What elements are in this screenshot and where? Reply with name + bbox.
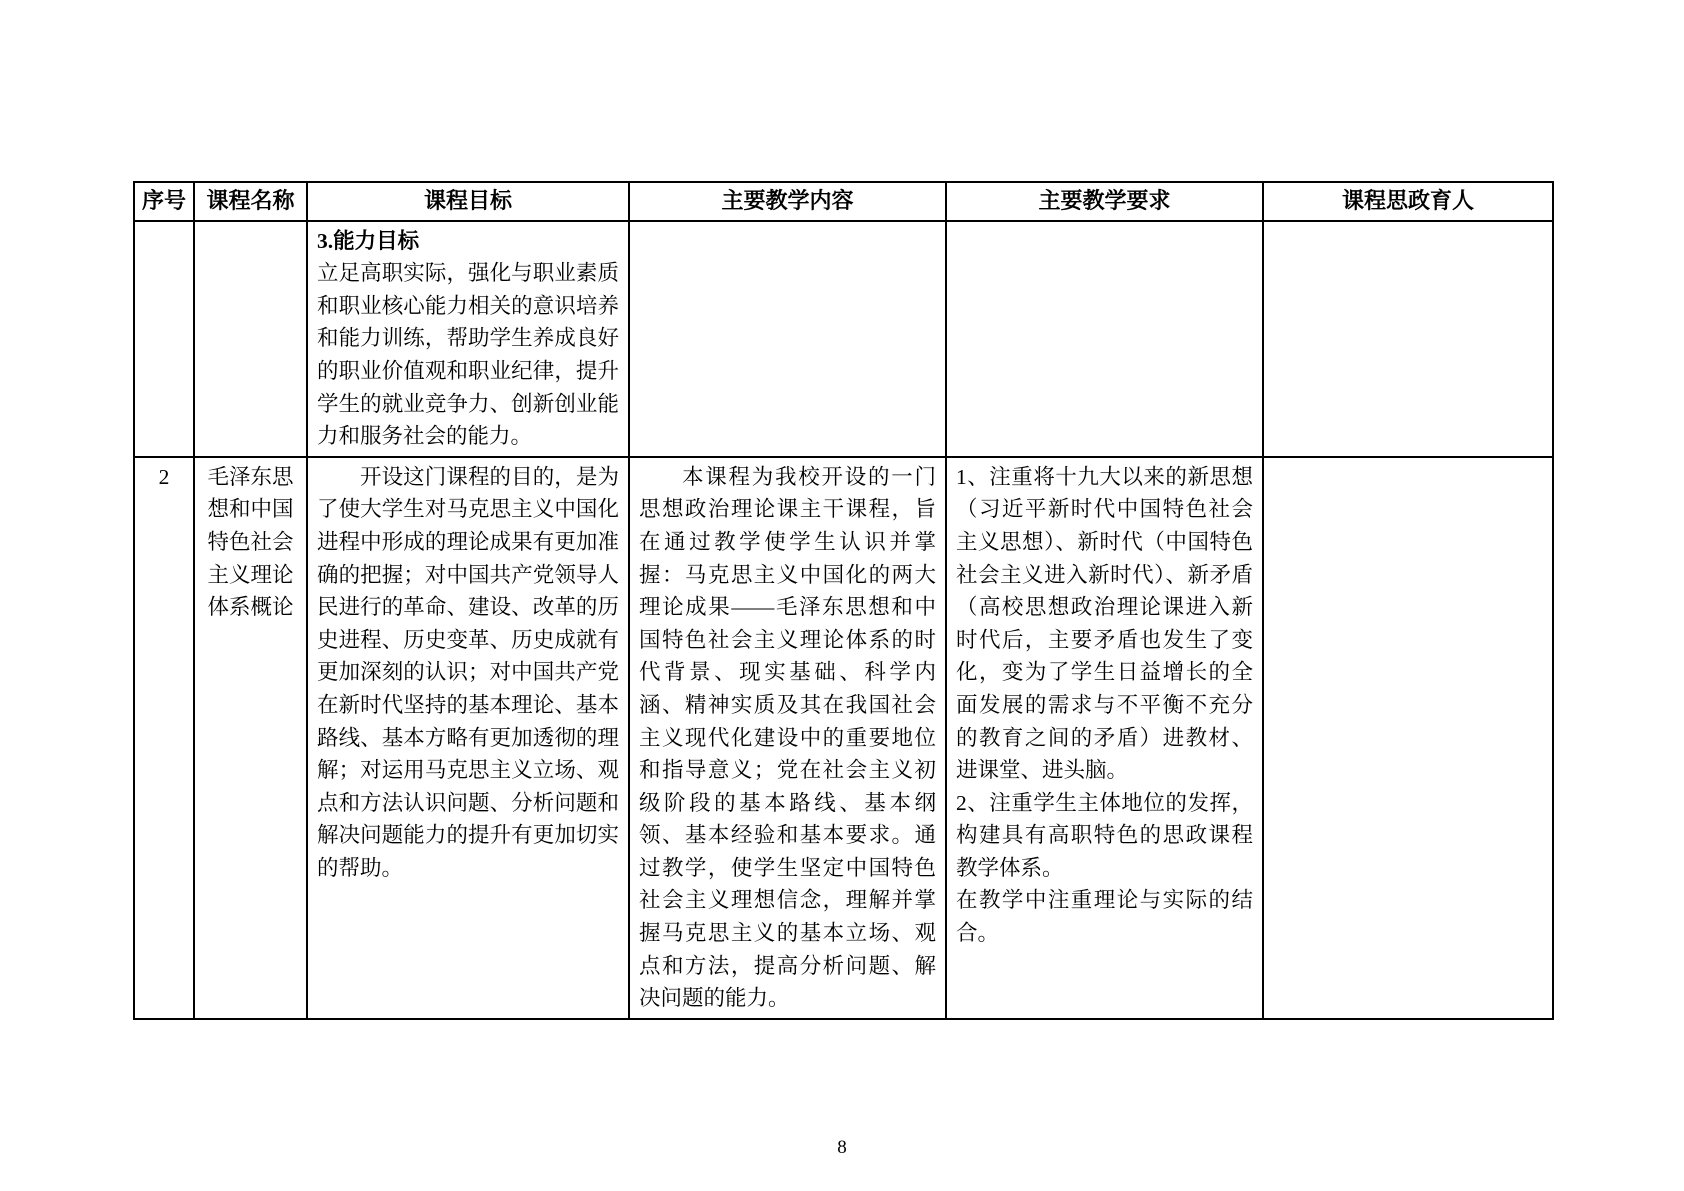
- teaching-requirements-item-2: 2、注重学生主体地位的发挥，构建具有高职特色的思政课程教学体系。: [956, 787, 1253, 885]
- curriculum-table: 序号 课程名称 课程目标 主要教学内容 主要教学要求 课程思政育人 3.能力目标…: [133, 181, 1554, 1020]
- teaching-content-cell: 本课程为我校开设的一门思想政治理论课主干课程，旨在通过教学使学生认识并掌握：马克…: [629, 457, 946, 1019]
- objectives-cell: 开设这门课程的目的，是为了使大学生对马克思主义中国化进程中形成的理论成果有更加准…: [307, 457, 629, 1019]
- ideology-educator-cell: [1263, 457, 1553, 1019]
- teaching-content-text: 本课程为我校开设的一门思想政治理论课主干课程，旨在通过教学使学生认识并掌握：马克…: [639, 461, 936, 1015]
- objectives-cell: 3.能力目标 立足高职实际，强化与职业素质和职业核心能力相关的意识培养和能力训练…: [307, 221, 629, 457]
- teaching-requirements-cell: 1、注重将十九大以来的新思想（习近平新时代中国特色社会主义思想）、新时代（中国特…: [946, 457, 1263, 1019]
- objectives-heading: 3.能力目标: [317, 225, 619, 258]
- table-row-continuation: 3.能力目标 立足高职实际，强化与职业素质和职业核心能力相关的意识培养和能力训练…: [134, 221, 1553, 457]
- course-name-cell: 毛泽东思想和中国特色社会主义理论体系概论: [194, 457, 307, 1019]
- course-name-cell: [194, 221, 307, 457]
- col-header-teaching-content: 主要教学内容: [629, 182, 946, 221]
- teaching-requirements-item-3: 在教学中注重理论与实际的结合。: [956, 884, 1253, 949]
- col-header-seq: 序号: [134, 182, 194, 221]
- teaching-requirements-cell: [946, 221, 1263, 457]
- course-name-text: 毛泽东思想和中国特色社会主义理论体系概论: [208, 461, 294, 624]
- teaching-requirements-item-1: 1、注重将十九大以来的新思想（习近平新时代中国特色社会主义思想）、新时代（中国特…: [956, 461, 1253, 787]
- table-header-row: 序号 课程名称 课程目标 主要教学内容 主要教学要求 课程思政育人: [134, 182, 1553, 221]
- document-page: 序号 课程名称 课程目标 主要教学内容 主要教学要求 课程思政育人 3.能力目标…: [0, 0, 1684, 1191]
- seq-cell: 2: [134, 457, 194, 1019]
- objectives-text: 开设这门课程的目的，是为了使大学生对马克思主义中国化进程中形成的理论成果有更加准…: [317, 461, 619, 885]
- col-header-objectives: 课程目标: [307, 182, 629, 221]
- table-row-course-2: 2 毛泽东思想和中国特色社会主义理论体系概论 开设这门课程的目的，是为了使大学生…: [134, 457, 1553, 1019]
- teaching-content-cell: [629, 221, 946, 457]
- seq-cell: [134, 221, 194, 457]
- col-header-course-name: 课程名称: [194, 182, 307, 221]
- page-number: 8: [0, 1136, 1684, 1160]
- col-header-teaching-requirements: 主要教学要求: [946, 182, 1263, 221]
- col-header-ideology-educator: 课程思政育人: [1263, 182, 1553, 221]
- objectives-text: 立足高职实际，强化与职业素质和职业核心能力相关的意识培养和能力训练，帮助学生养成…: [317, 257, 619, 453]
- ideology-educator-cell: [1263, 221, 1553, 457]
